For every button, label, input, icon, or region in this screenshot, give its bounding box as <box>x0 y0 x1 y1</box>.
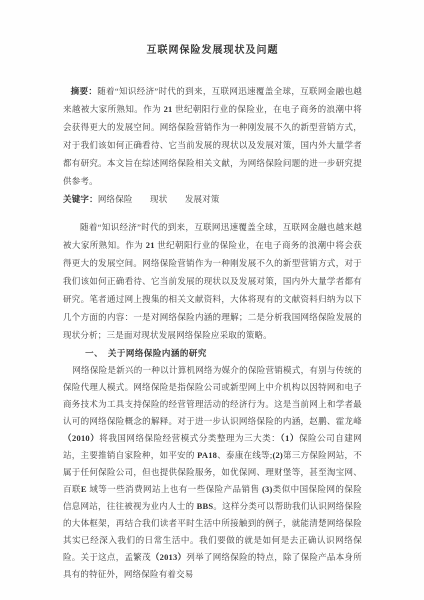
intro-paragraph: 随着“知识经济”时代的到来，互联网迅速覆盖全球，互联网金融也越来越被大家所熟知。… <box>63 218 362 344</box>
document-page: 互联网保险发展现状及问题 摘要：随着“知识经济”时代的到来，互联网迅速覆盖全球，… <box>0 0 424 600</box>
section-heading-1: 一、 关于网络保险内涵的研究 <box>63 344 362 362</box>
section1-paragraph: 网络保险是新兴的一种以计算机网络为媒介的保险营销模式，有别与传统的保险代理人模式… <box>63 362 362 583</box>
keywords-line: 关键字：网络保险 现状 发展对策 <box>63 190 362 208</box>
document-title: 互联网保险发展现状及问题 <box>63 44 362 57</box>
abstract-paragraph: 摘要：随着“知识经济”时代的到来，互联网迅速覆盖全球，互联网金融也越来越被大家所… <box>63 82 362 190</box>
